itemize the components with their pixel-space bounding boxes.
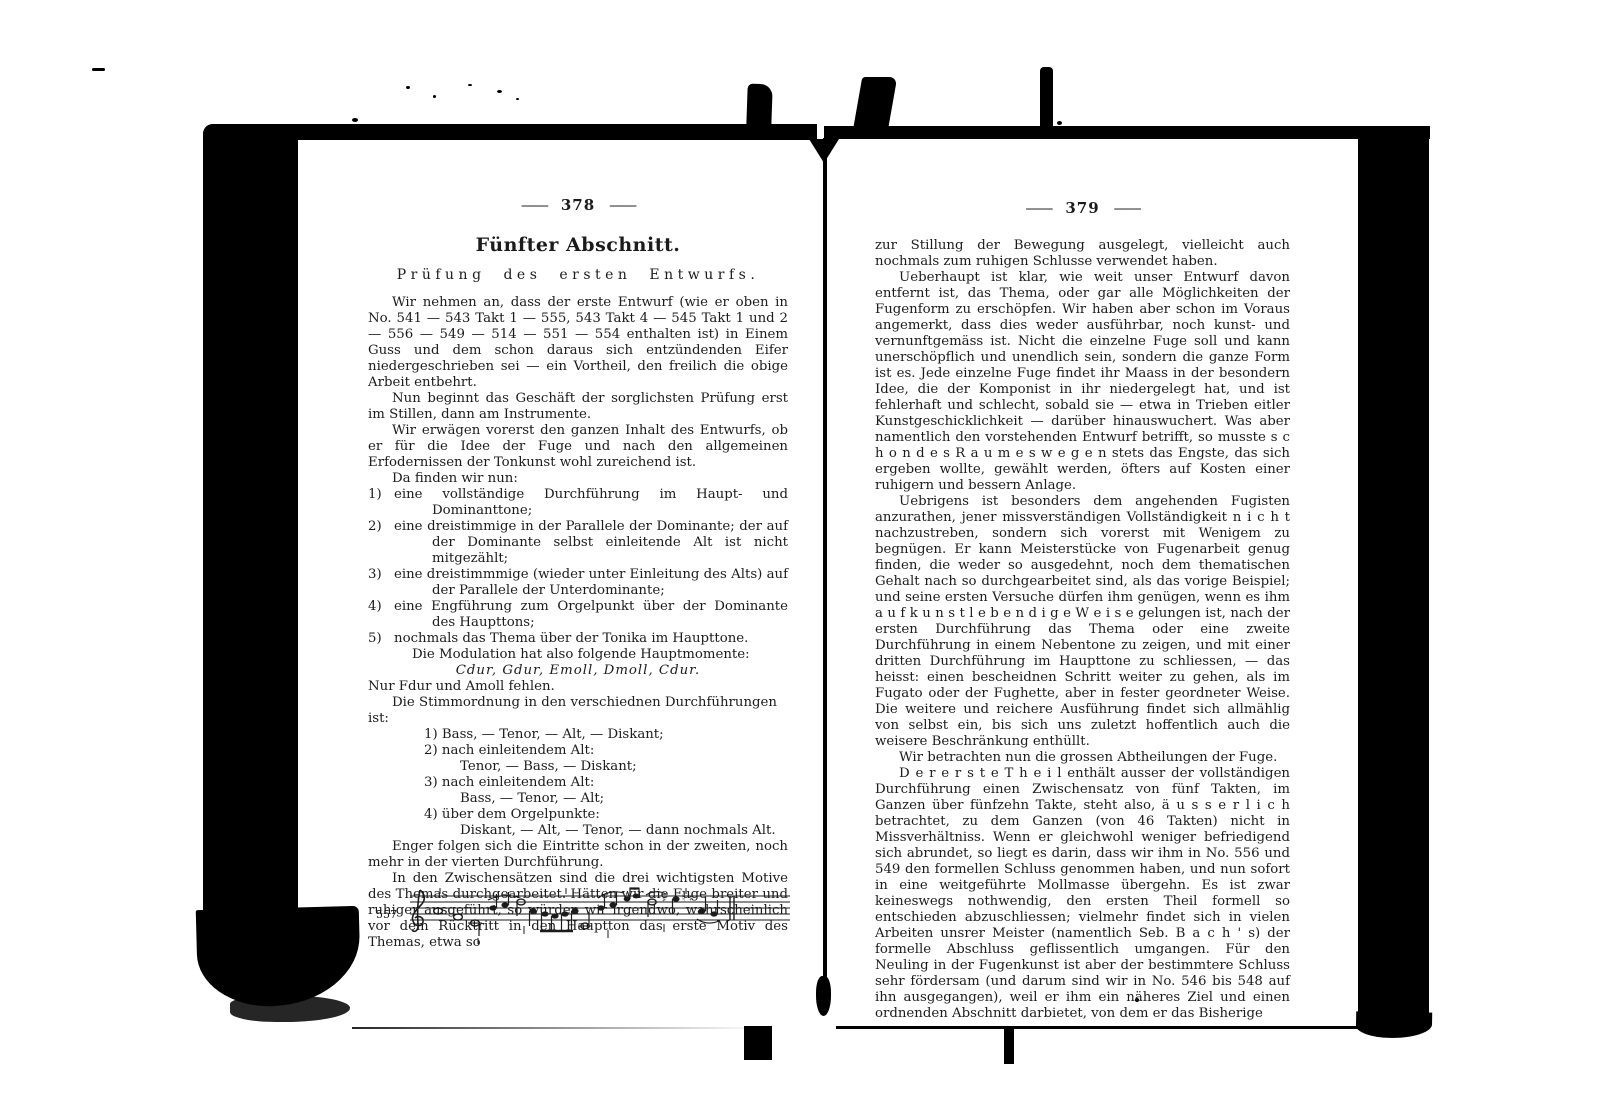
scan-speck — [468, 84, 472, 86]
scan-tab-bottom-1 — [744, 1026, 772, 1060]
voice-order-line: 2) nach einleitendem Alt: — [424, 743, 788, 759]
binding-crease-bottom-blob — [816, 976, 831, 1016]
page-number: 378 — [561, 196, 595, 214]
paragraph: Uebrigens ist besonders dem angehenden F… — [875, 494, 1290, 750]
sharp-accidental: ♯ — [689, 894, 693, 904]
page-378: —— 378 —— Fünfter Abschnitt. Prüfung des… — [368, 196, 788, 951]
paragraph: Wir betrachten nun die grossen Abtheilun… — [875, 750, 1290, 766]
scan-border-bottom-right — [836, 1026, 1360, 1029]
scan-speck — [497, 90, 502, 93]
finding-text: nochmals das Thema über der Tonika im Ha… — [394, 631, 748, 646]
finding-number: 5) — [368, 631, 394, 647]
finding-number: 2) — [368, 519, 394, 535]
paragraphs: zur Stillung der Bewegung ausgelegt, vie… — [875, 238, 1290, 1022]
scan-tab-top-3 — [1040, 67, 1053, 135]
finding-number: 3) — [368, 567, 394, 583]
scan-tab-bottom-2 — [1004, 1026, 1014, 1064]
section-subheading: Prüfung des ersten Entwurfs. — [368, 267, 788, 283]
page-379: —— 379 —— zur Stillung der Bewegung ausg… — [875, 199, 1290, 1022]
finding-item: 2)eine dreistimmige in der Parallele der… — [368, 519, 788, 567]
voice-order-list: 1) Bass, — Tenor, — Alt, — Diskant;2) na… — [368, 727, 788, 839]
scan-border-left-blob — [196, 906, 362, 1008]
finding-item: 4)eine Engführung zum Orgelpunkt über de… — [368, 599, 788, 631]
finding-number: 4) — [368, 599, 394, 615]
finding-text: eine dreistimmmige (wieder unter Einleit… — [394, 567, 788, 598]
scan-speck-dash — [92, 68, 105, 71]
music-example-staff: 557 — [374, 886, 792, 946]
voice-order-line: Diskant, — Alt, — Tenor, — dann nochmals… — [460, 823, 788, 839]
page-header: —— 379 —— — [875, 199, 1290, 217]
page-number: 379 — [1065, 199, 1099, 217]
scan-border-bottom-left — [352, 1027, 762, 1029]
voice-order-line: 4) über dem Orgelpunkte: — [424, 807, 788, 823]
scan-border-top-right — [824, 126, 1430, 139]
paragraph: Enger folgen sich die Eintritte schon in… — [368, 839, 788, 871]
finding-item: 3)eine dreistimmmige (wieder unter Einle… — [368, 567, 788, 599]
finding-number: 1) — [368, 487, 394, 503]
voice-order-line: Tenor, — Bass, — Diskant; — [460, 759, 788, 775]
scan-speck — [352, 118, 358, 122]
scanned-book-spread: —— 378 —— Fünfter Abschnitt. Prüfung des… — [0, 0, 1600, 1108]
page-body: Wir nehmen an, dass der erste Entwurf (w… — [368, 295, 788, 951]
scan-tab-top-1 — [746, 84, 773, 129]
header-rule-left: —— — [1025, 199, 1051, 217]
header-rule-left: —— — [521, 196, 547, 214]
scan-border-right-blob — [1356, 1011, 1432, 1038]
natural-accidental: ♮ — [682, 894, 685, 904]
scan-border-left-fray — [230, 996, 350, 1022]
binding-crease-drip — [809, 139, 839, 163]
finding-text: eine Engführung zum Orgelpunkt über der … — [394, 599, 788, 630]
findings-list: 1)eine vollständige Durchführung im Haup… — [368, 487, 788, 647]
voice-order-intro: Die Stimmordnung in den verschiednen Dur… — [368, 695, 788, 727]
music-example-number: 557 — [376, 908, 397, 921]
paragraph: zur Stillung der Bewegung ausgelegt, vie… — [875, 238, 1290, 270]
header-rule-right: —— — [1114, 199, 1140, 217]
finding-text: eine dreistimmige in der Parallele der D… — [394, 519, 788, 566]
finding-item: 5)nochmals das Thema über der Tonika im … — [368, 631, 788, 647]
binding-crease-line — [823, 138, 827, 988]
page-header: —— 378 —— — [368, 196, 788, 214]
sharp-accidental: ♯ — [662, 895, 666, 905]
voice-order-line: 3) nach einleitendem Alt: — [424, 775, 788, 791]
modulation-intro: Die Modulation hat also folgende Hauptmo… — [412, 647, 788, 663]
modulation-keys: Cdur, Gdur, Emoll, Dmoll, Cdur. — [368, 663, 788, 679]
intro-paragraphs: Wir nehmen an, dass der erste Entwurf (w… — [368, 295, 788, 487]
paragraph: Nun beginnt das Geschäft der sorglichste… — [368, 391, 788, 423]
paragraph: Ueberhaupt ist klar, wie weit unser Entw… — [875, 270, 1290, 494]
voice-order-line: Bass, — Tenor, — Alt; — [460, 791, 788, 807]
paragraph: D e r e r s t e T h e i l enthält ausser… — [875, 766, 1290, 1022]
scan-speck — [433, 95, 436, 98]
paragraph: Wir nehmen an, dass der erste Entwurf (w… — [368, 295, 788, 391]
scan-speck — [1057, 121, 1062, 125]
section-heading: Fünfter Abschnitt. — [368, 234, 788, 256]
paragraph: Wir erwägen vorerst den ganzen Inhalt de… — [368, 423, 788, 471]
scan-border-top-left — [203, 124, 817, 140]
finding-item: 1)eine vollständige Durchführung im Haup… — [368, 487, 788, 519]
header-rule-right: —— — [609, 196, 635, 214]
scan-speck — [516, 98, 519, 100]
finding-text: eine vollständige Durchführung im Haupt-… — [394, 487, 788, 518]
scan-border-right — [1358, 126, 1429, 1022]
missing-keys-line: Nur Fdur und Amoll fehlen. — [368, 679, 788, 695]
page-body: zur Stillung der Bewegung ausgelegt, vie… — [875, 238, 1290, 1022]
scan-speck — [406, 86, 410, 89]
paragraph: Da finden wir nun: — [368, 471, 788, 487]
voice-order-line: 1) Bass, — Tenor, — Alt, — Diskant; — [424, 727, 788, 743]
scan-border-left — [203, 124, 298, 936]
